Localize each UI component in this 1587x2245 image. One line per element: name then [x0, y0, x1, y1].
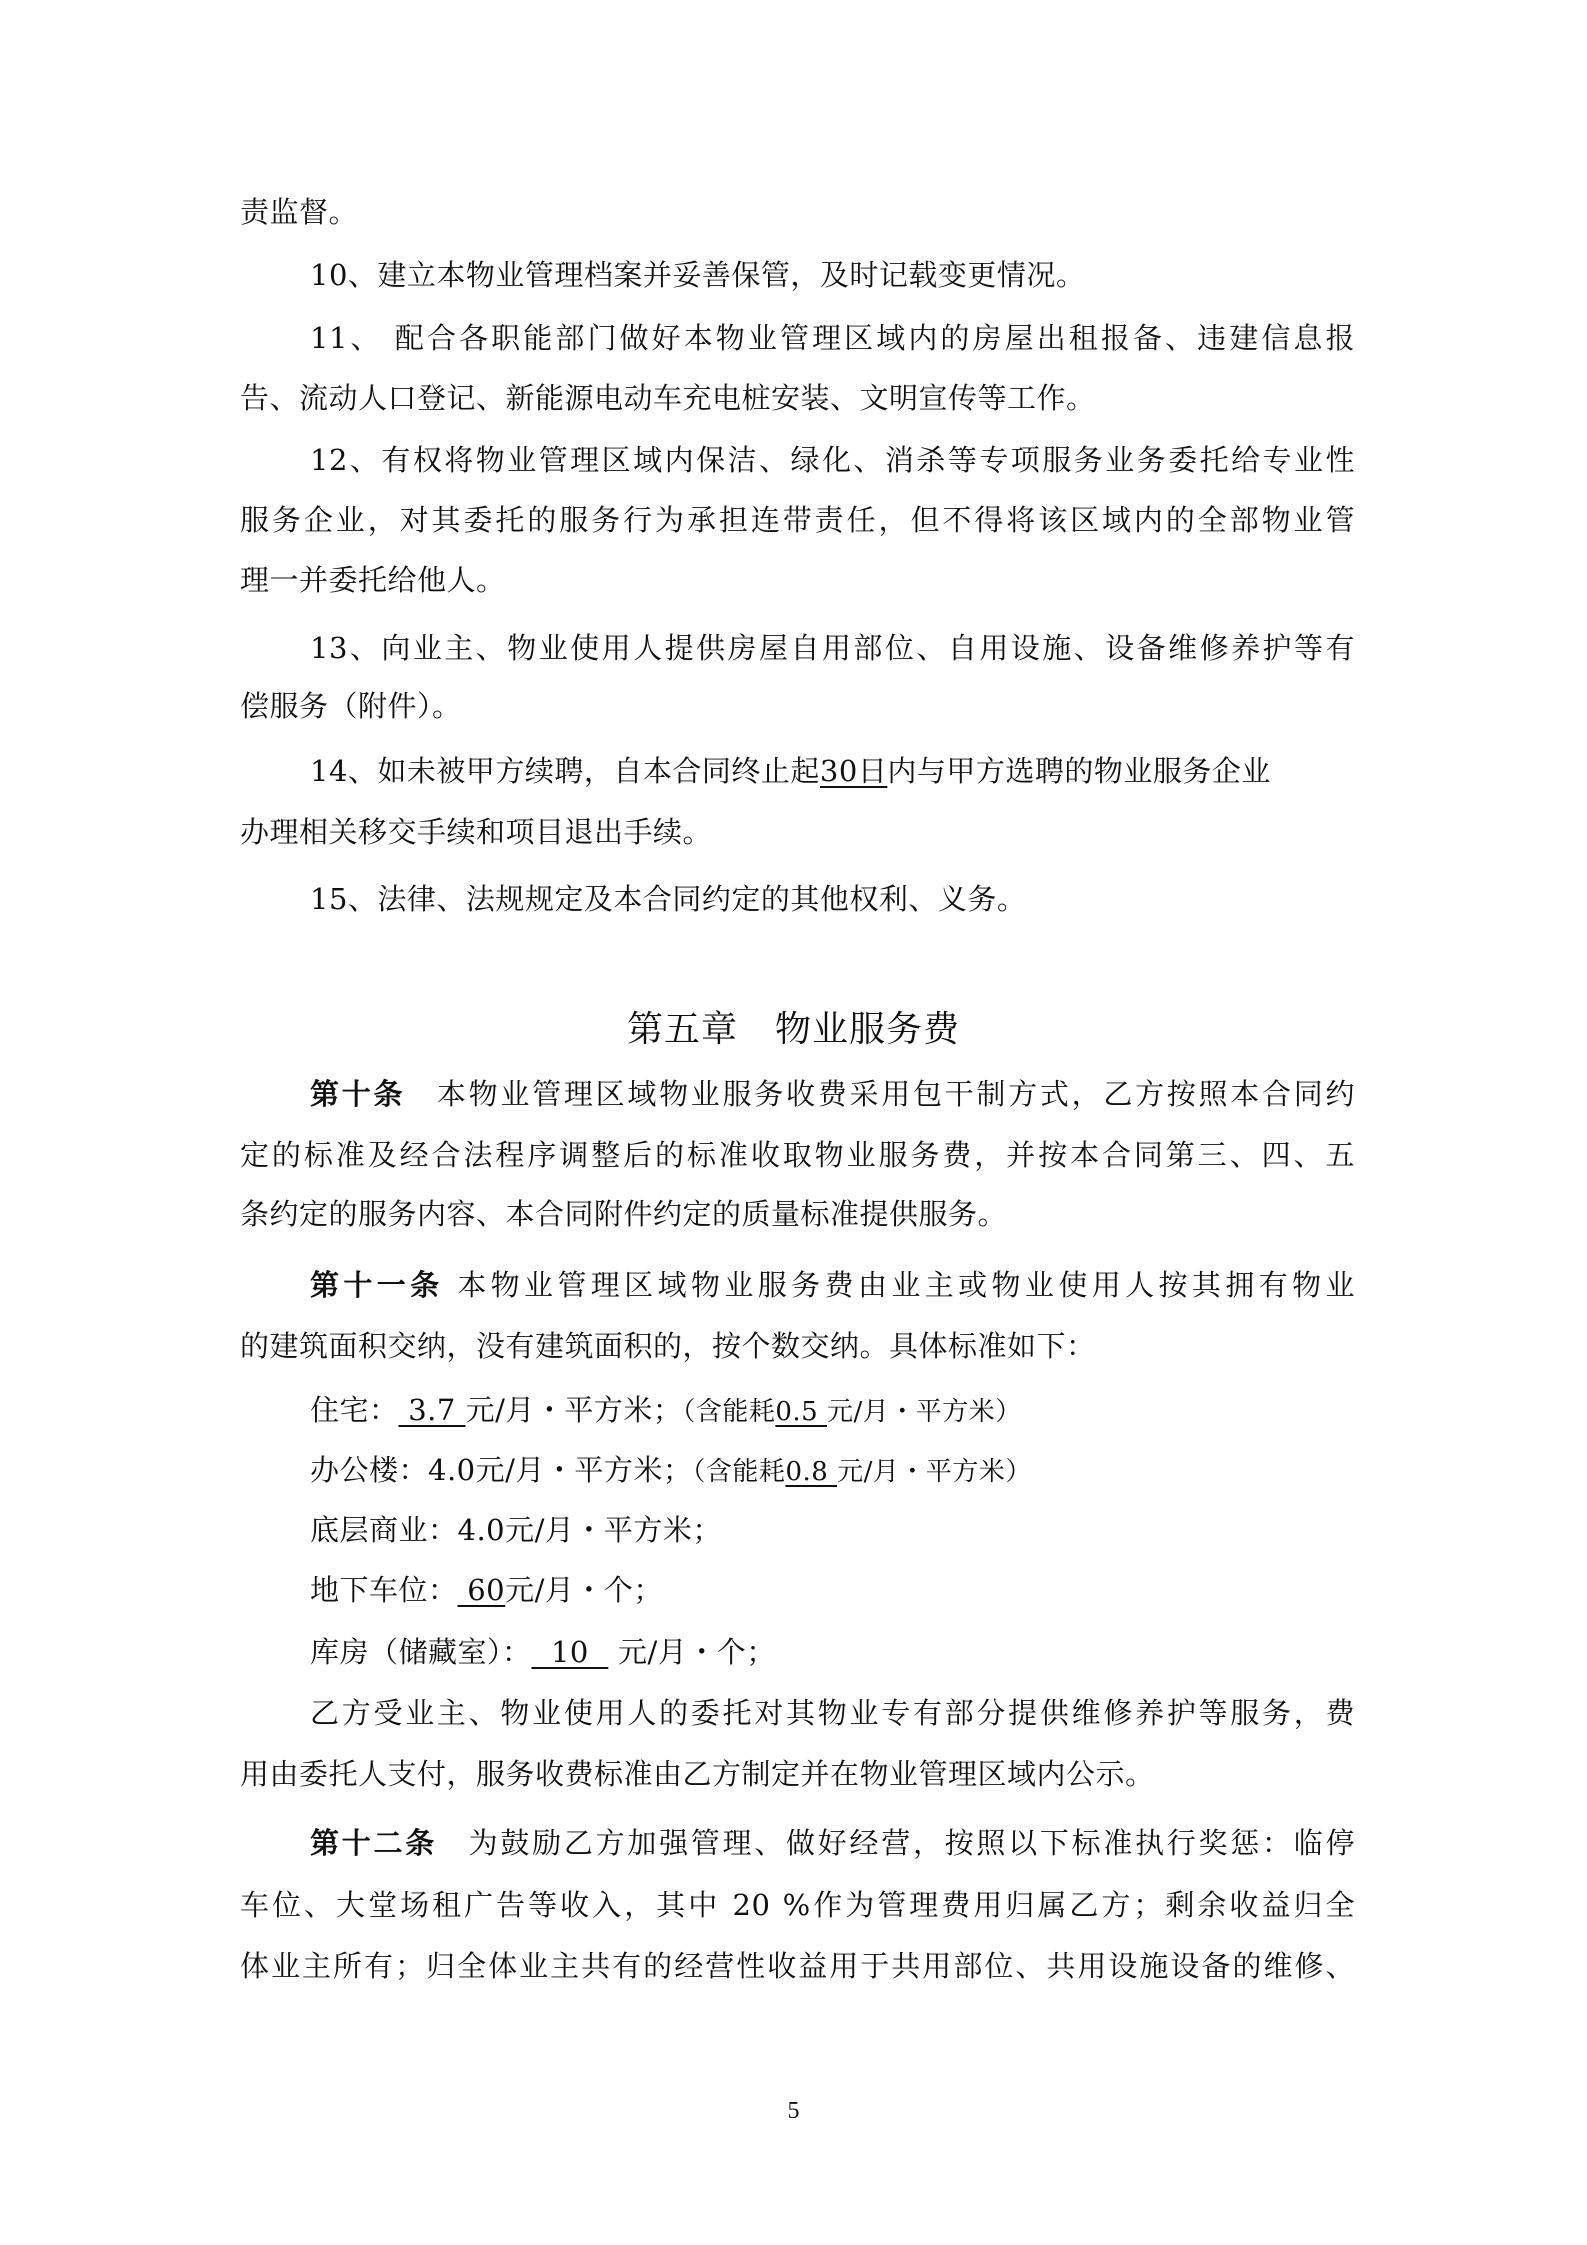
handover-days: 30日 — [820, 754, 887, 788]
article-12-cont: 车位、大堂场租广告等收入，其中 20 %作为管理费用归属乙方；剩余收益归全 — [240, 1885, 1355, 1925]
list-item-10: 10、建立本物业管理档案并妥善保管，及时记载变更情况。 — [310, 255, 1355, 295]
list-item-13: 13、向业主、物业使用人提供房屋自用部位、自用设施、设备维修养护等有 — [310, 628, 1355, 668]
article-12: 第十二条 为鼓励乙方加强管理、做好经营，按照以下标准执行奖惩：临停 — [310, 1823, 1355, 1863]
fee-unit: 元/月・个； — [505, 1573, 663, 1607]
energy-note: （含能耗 — [692, 1457, 785, 1487]
fee-value: 4.0 — [428, 1453, 476, 1487]
energy-unit: 元/月・平方米） — [827, 1397, 1022, 1427]
fee-unit: 元/月・平方米； — [505, 1513, 722, 1547]
fee-category: 住宅： — [310, 1393, 399, 1427]
maintenance-paragraph-cont: 用由委托人支付，服务收费标准由乙方制定并在物业管理区域内公示。 — [240, 1754, 1355, 1794]
item-text: 向业主、物业使用人提供房屋自用部位、自用设施、设备维修养护等有 — [381, 631, 1355, 665]
item-number: 15、 — [310, 882, 377, 916]
list-item-11: 11、 配合各职能部门做好本物业管理区域内的房屋出租报备、违建信息报 — [310, 318, 1355, 358]
item-number: 10、 — [310, 258, 377, 292]
article-10: 第十条 本物业管理区域物业服务收费采用包干制方式，乙方按照本合同约 — [310, 1074, 1355, 1114]
fee-row-office: 办公楼：4.0元/月・平方米；（含能耗0.8 元/月・平方米） — [310, 1450, 1355, 1492]
item-text: 配合各职能部门做好本物业管理区域内的房屋出租报备、违建信息报 — [383, 321, 1355, 355]
fee-category: 库房（储藏室）： — [310, 1635, 532, 1669]
fee-row-commercial: 底层商业：4.0元/月・平方米； — [310, 1510, 1355, 1550]
item-number: 14、 — [310, 754, 377, 788]
item-text: 内与甲方选聘的物业服务企业 — [887, 754, 1271, 788]
article-label: 第十一条 — [310, 1268, 444, 1302]
fee-unit: 元/月・个； — [608, 1635, 776, 1669]
item-text: 法律、法规规定及本合同约定的其他权利、义务。 — [377, 882, 1026, 916]
article-text: 本物业管理区域物业服务费由业主或物业使用人按其拥有物业 — [444, 1268, 1355, 1302]
fee-value: 60 — [458, 1573, 506, 1607]
maintenance-paragraph: 乙方受业主、物业使用人的委托对其物业专有部分提供维修养护等服务，费 — [310, 1693, 1355, 1733]
list-item-13-cont: 偿服务（附件）。 — [240, 686, 1355, 726]
fee-row-parking: 地下车位： 60元/月・个； — [310, 1570, 1355, 1610]
list-item-11-cont: 告、流动人口登记、新能源电动车充电桩安装、文明宣传等工作。 — [240, 378, 1355, 418]
article-11: 第十一条 本物业管理区域物业服务费由业主或物业使用人按其拥有物业 — [310, 1265, 1355, 1305]
article-12-cont2: 体业主所有；归全体业主共有的经营性收益用于共用部位、共用设施设备的维修、 — [240, 1946, 1355, 1986]
fee-row-residential: 住宅： 3.7 元/月・平方米；（含能耗0.5 元/月・平方米） — [310, 1390, 1355, 1432]
list-item-14-cont: 办理相关移交手续和项目退出手续。 — [240, 812, 1355, 852]
list-item-15: 15、法律、法规规定及本合同约定的其他权利、义务。 — [310, 879, 1355, 919]
article-10-cont2: 条约定的服务内容、本合同附件约定的质量标准提供服务。 — [240, 1194, 1355, 1234]
energy-value: 0.8 — [785, 1457, 837, 1487]
fee-category: 地下车位： — [310, 1573, 458, 1607]
item-number: 13、 — [310, 631, 381, 665]
energy-note: （含能耗 — [682, 1397, 775, 1427]
article-text: 为鼓励乙方加强管理、做好经营，按照以下标准执行奖惩：临停 — [437, 1826, 1355, 1860]
energy-unit: 元/月・平方米） — [837, 1457, 1032, 1487]
article-label: 第十二条 — [310, 1826, 437, 1860]
fee-value: 3.7 — [399, 1393, 466, 1427]
energy-value: 0.5 — [775, 1397, 827, 1427]
fee-category: 办公楼： — [310, 1453, 428, 1487]
list-item-14: 14、如未被甲方续聘，自本合同终止起30日内与甲方选聘的物业服务企业 — [310, 751, 1355, 791]
page-number: 5 — [0, 2098, 1587, 2125]
chapter-title: 第五章 物业服务费 — [0, 1006, 1587, 1054]
fee-value: 10 — [532, 1635, 609, 1669]
fee-value: 4.0 — [458, 1513, 506, 1547]
document-page: 责监督。 10、建立本物业管理档案并妥善保管，及时记载变更情况。 11、 配合各… — [0, 0, 1587, 2245]
list-item-12-cont: 服务企业，对其委托的服务行为承担连带责任，但不得将该区域内的全部物业管 — [240, 500, 1355, 540]
article-label: 第十条 — [310, 1077, 405, 1111]
fee-category: 底层商业： — [310, 1513, 458, 1547]
item-text: 如未被甲方续聘，自本合同终止起 — [377, 754, 820, 788]
list-item-12: 12、有权将物业管理区域内保洁、绿化、消杀等专项服务业务委托给专业性 — [310, 440, 1355, 480]
article-10-cont: 定的标准及经合法程序调整后的标准收取物业服务费，并按本合同第三、四、五 — [240, 1135, 1355, 1175]
article-text: 本物业管理区域物业服务收费采用包干制方式，乙方按照本合同约 — [405, 1077, 1355, 1111]
fee-unit: 元/月・平方米； — [476, 1453, 693, 1487]
item-text: 有权将物业管理区域内保洁、绿化、消杀等专项服务业务委托给专业性 — [381, 443, 1355, 477]
item-number: 11、 — [310, 321, 383, 355]
fee-unit: 元/月・平方米； — [466, 1393, 683, 1427]
fee-row-storage: 库房（储藏室）： 10 元/月・个； — [310, 1632, 1355, 1672]
continuation-text: 责监督。 — [240, 192, 1355, 232]
article-11-cont: 的建筑面积交纳，没有建筑面积的，按个数交纳。具体标准如下： — [240, 1326, 1355, 1366]
list-item-12-cont2: 理一并委托给他人。 — [240, 560, 1355, 600]
item-number: 12、 — [310, 443, 381, 477]
item-text: 建立本物业管理档案并妥善保管，及时记载变更情况。 — [377, 258, 1085, 292]
